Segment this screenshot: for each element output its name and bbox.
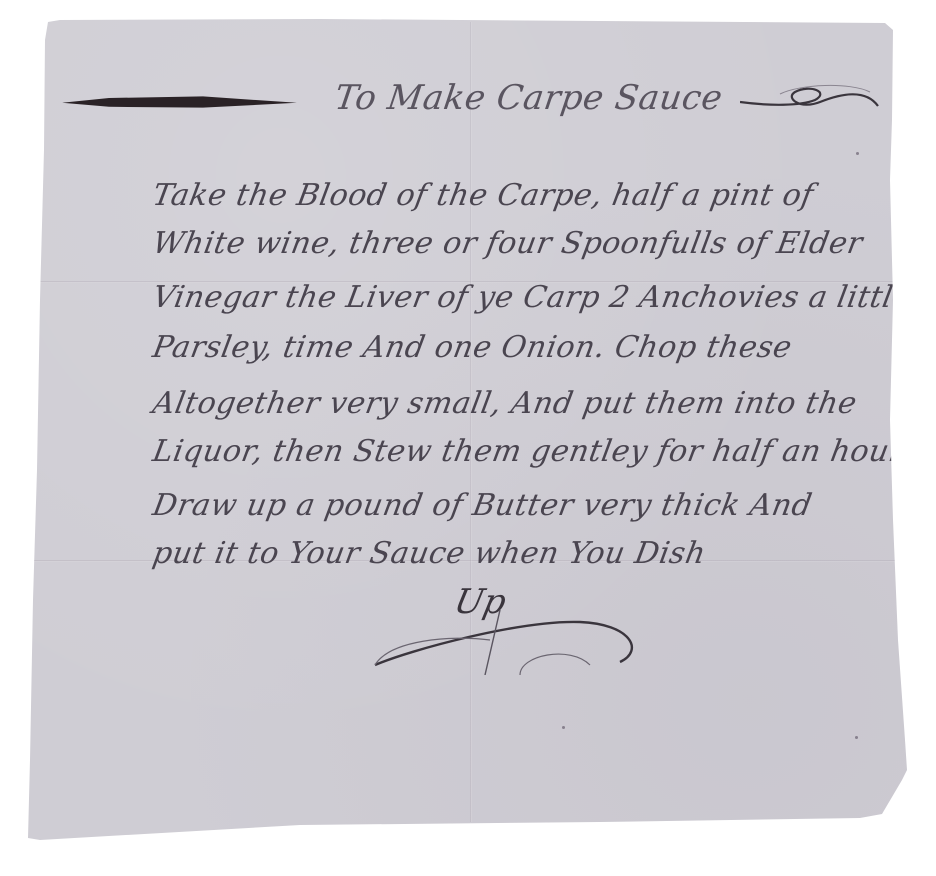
paper-speck	[856, 152, 859, 155]
manuscript-paper: To Make Carpe Sauce Take the Blood of th…	[0, 0, 936, 876]
recipe-line-1: Take the Blood of the Carpe, half a pint…	[150, 178, 816, 213]
recipe-line-6: Liquor, then Stew them gentley for half …	[150, 434, 907, 469]
recipe-line-5: Altogether very small, And put them into…	[150, 386, 860, 421]
paper-speck	[562, 726, 565, 729]
paper-speck	[855, 736, 858, 739]
fold-crease-vertical	[470, 22, 472, 822]
title-flourish-icon	[740, 80, 880, 116]
recipe-line-7: Draw up a pound of Butter very thick And	[150, 488, 815, 523]
recipe-line-2: White wine, three or four Spoonfulls of …	[150, 226, 865, 261]
recipe-line-3: Vinegar the Liver of ye Carp 2 Anchovies…	[150, 280, 914, 315]
signature-flourish-icon	[370, 580, 645, 675]
ink-flourish-dash	[62, 94, 297, 110]
recipe-title: To Make Carpe Sauce	[332, 78, 725, 118]
recipe-line-4: Parsley, time And one Onion. Chop these	[150, 330, 795, 365]
recipe-line-8: put it to Your Sauce when You Dish	[150, 536, 709, 571]
